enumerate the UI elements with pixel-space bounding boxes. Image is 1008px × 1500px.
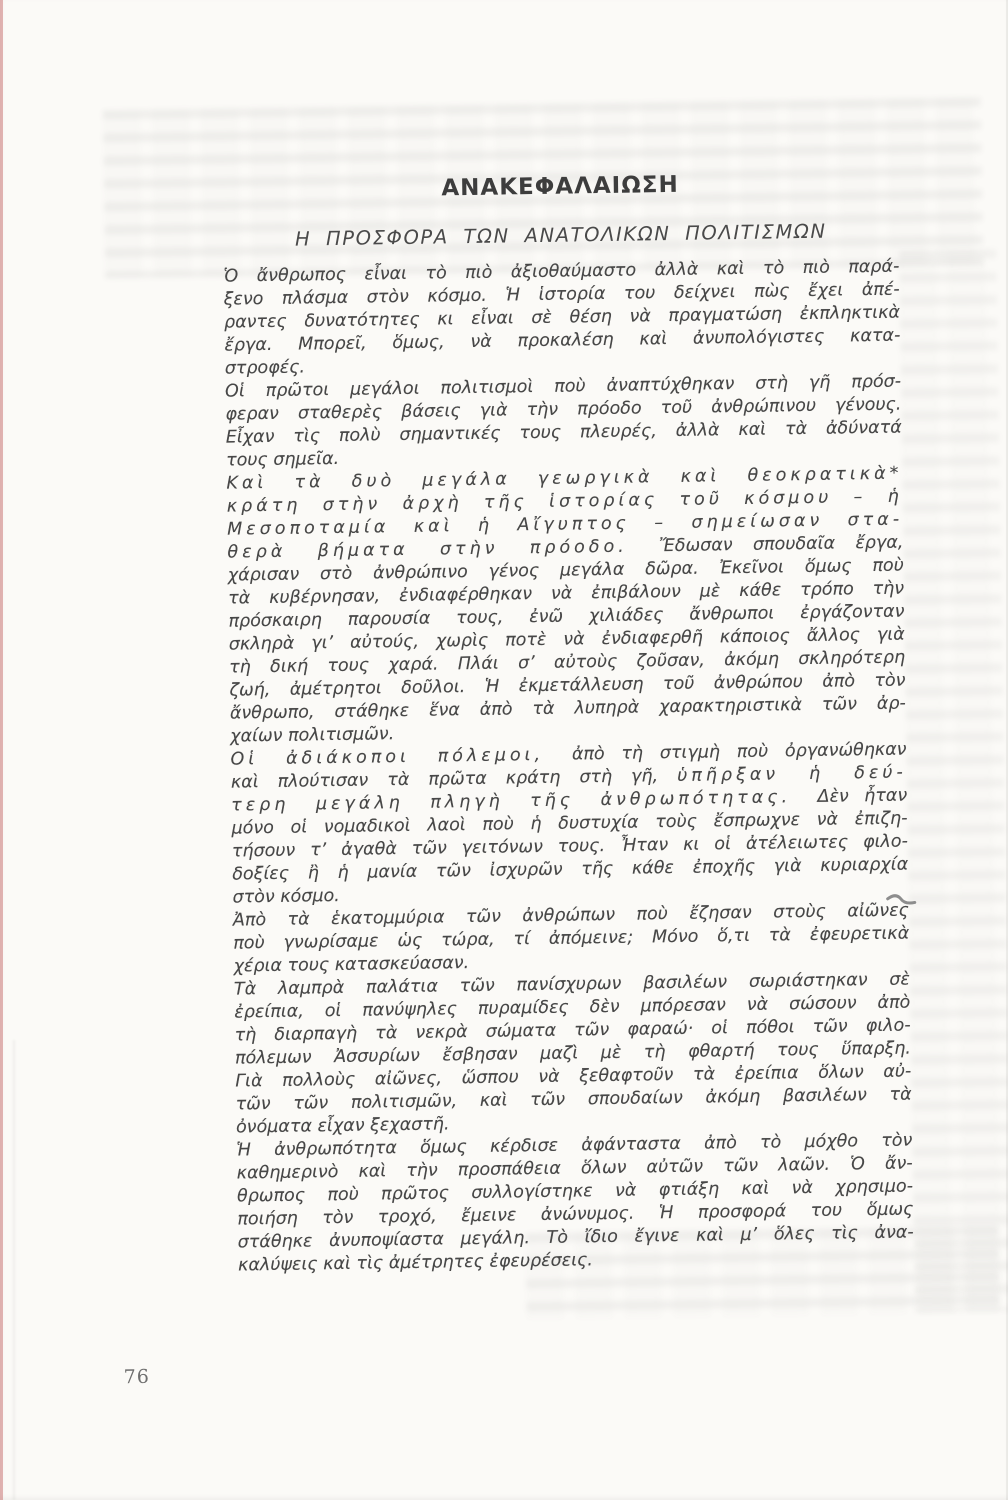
paragraph: Οἱ ἀδιάκοποι πόλεμοι, ἀπὸ τὴ στιγμὴ ποὺ … [230, 739, 908, 910]
body-text-segment: ὀνόματα εἶχαν ξεχαστῆ. [236, 1114, 450, 1137]
paragraph: Ἡ ἀνθρωπότητα ὅμως κέρδισε ἀφάνταστα ἀπὸ… [236, 1130, 914, 1278]
bleedthrough-right-margin [899, 249, 1008, 1312]
section-subheading: Η ΠΡΟΣΦΟΡΑ ΤΩΝ ΑΝΑΤΟΛΙΚΩΝ ΠΟΛΙΤΙΣΜΩΝ [203, 218, 919, 252]
body-text-segment: καλύψεις καὶ τὶς ἀμέτρητες ἐφευρέσεις. [238, 1250, 593, 1275]
emphasized-spaced-text: Οἱ ἀδιάκοποι πόλεμοι, [230, 745, 572, 770]
margin-fold-line [13, 1040, 15, 1500]
page-number: 76 [124, 1366, 151, 1388]
paragraph: Ἀπὸ τὰ ἑκατομμύρια τῶν ἀνθρώπων ποὺ ἔζησ… [233, 900, 910, 979]
body-text-segment: τους σημεῖα. [226, 449, 339, 471]
emphasized-spaced-text: ὑπῆρξαν ἡ δεύ- [677, 763, 907, 786]
body-text-segment: χέρια τους κατασκεύασαν. [233, 953, 469, 976]
paragraph: Τὰ λαμπρὰ παλάτια τῶν πανίσχυρων βασιλέω… [234, 969, 912, 1140]
paragraph: Καὶ τὰ δυὸ μεγάλα γεωργικὰ καὶ θεοκρατικ… [226, 463, 906, 749]
body-text-segment: ἀπὸ τὴ στιγμὴ ποὺ ὀργανώθηκαν [572, 740, 907, 765]
recap-heading: ΑΝΑΚΕΦΑΛΑΙΩΣΗ [222, 169, 898, 205]
paragraph: Οἱ πρῶτοι μεγάλοι πολιτισμοὶ ποὺ ἀναπτύχ… [225, 371, 902, 473]
body-text: Ὁ ἄνθρωπος εἶναι τὸ πιὸ ἀξιοθαύμαστο ἀλλ… [223, 256, 914, 1278]
body-text-segment: χαίων πολιτισμῶν. [230, 724, 394, 746]
left-edge-scan-line [0, 0, 3, 1500]
pen-mark [886, 890, 918, 916]
scan-rotation-layer: ΑΝΑΚΕΦΑΛΑΙΩΣΗ Η ΠΡΟΣΦΟΡΑ ΤΩΝ ΑΝΑΤΟΛΙΚΩΝ … [0, 0, 1008, 1500]
body-text-segment: Δὲν ἦταν [817, 786, 907, 807]
body-text-segment: στὸν κόσμο. [232, 886, 339, 908]
body-text-segment: στροφές. [225, 357, 306, 378]
page-sheet: ΑΝΑΚΕΦΑΛΑΙΩΣΗ Η ΠΡΟΣΦΟΡΑ ΤΩΝ ΑΝΑΤΟΛΙΚΩΝ … [0, 0, 1008, 1500]
body-text-segment: Ἔδωσαν σπουδαῖα ἔργα, [659, 533, 904, 557]
paragraph: Ὁ ἄνθρωπος εἶναι τὸ πιὸ ἀξιοθαύμαστο ἀλλ… [223, 256, 901, 381]
